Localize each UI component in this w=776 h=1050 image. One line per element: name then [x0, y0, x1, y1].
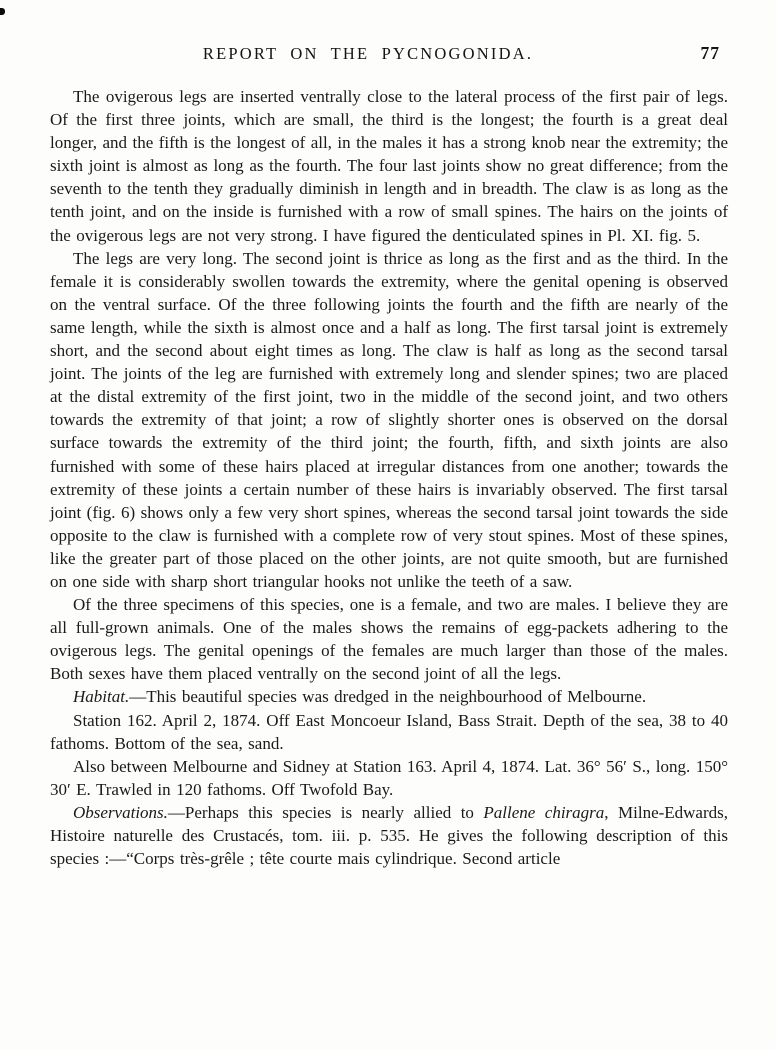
station-163-paragraph: Also between Melbourne and Sidney at Sta…	[50, 755, 728, 801]
observations-text-1: —Perhaps this species is nearly allied t…	[168, 803, 483, 822]
species-name-italic: Pallene chiragra	[483, 803, 604, 822]
ovigerous-legs-paragraph: The ovigerous legs are inserted ventrall…	[50, 85, 728, 247]
running-title: REPORT ON THE PYCNOGONIDA.	[50, 44, 686, 64]
paragraph-text: The legs are very long. The second joint…	[50, 249, 728, 591]
specimens-paragraph: Of the three specimens of this species, …	[50, 593, 728, 685]
paragraph-text: Also between Melbourne and Sidney at Sta…	[50, 757, 728, 799]
legs-paragraph: The legs are very long. The second joint…	[50, 247, 728, 593]
paragraph-text: Station 162. April 2, 1874. Off East Mon…	[50, 711, 728, 753]
habitat-label: Habitat.	[73, 687, 129, 706]
paragraph-text: The ovigerous legs are inserted ventrall…	[50, 87, 728, 245]
document-page: REPORT ON THE PYCNOGONIDA. 77 The oviger…	[0, 0, 776, 1050]
page-number: 77	[701, 43, 721, 64]
habitat-paragraph: Habitat.—This beautiful species was dred…	[50, 685, 728, 708]
paragraph-text: Of the three specimens of this species, …	[50, 595, 728, 683]
page-body: The ovigerous legs are inserted ventrall…	[50, 85, 728, 870]
scan-artifact-mark	[0, 8, 5, 15]
habitat-text: —This beautiful species was dredged in t…	[129, 687, 646, 706]
page-header: REPORT ON THE PYCNOGONIDA. 77	[50, 44, 726, 66]
station-162-paragraph: Station 162. April 2, 1874. Off East Mon…	[50, 709, 728, 755]
observations-label: Observations.	[73, 803, 168, 822]
observations-paragraph: Observations.—Perhaps this species is ne…	[50, 801, 728, 870]
